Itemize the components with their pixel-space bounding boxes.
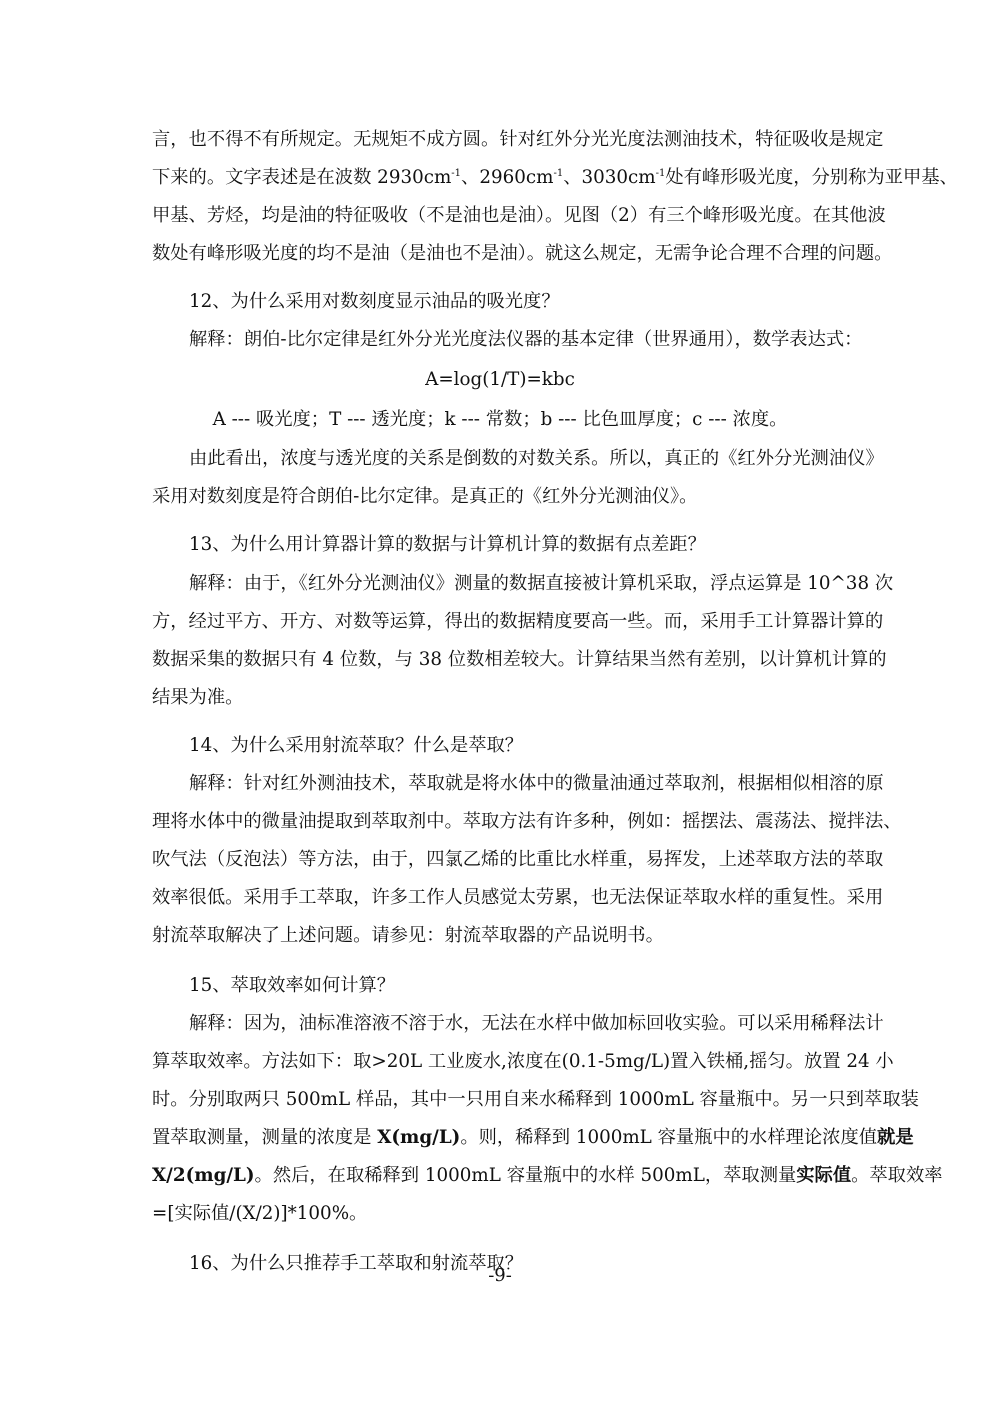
paragraph-line: 下来的。文字表述是在波数 2930cm-1、2960cm-1、3030cm-1处… xyxy=(152,166,848,190)
question-heading-15: 15、萃取效率如何计算？ xyxy=(189,974,395,998)
paragraph-line: 方，经过平方、开方、对数等运算，得出的数据精度要高一些。而，采用手工计算器计算的 xyxy=(152,610,848,634)
paragraph-line: 效率很低。采用手工萃取，许多工作人员感觉太劳累，也无法保证萃取水样的重复性。采用 xyxy=(152,886,848,910)
paragraph-line: 解释：由于，《红外分光测油仪》测量的数据直接被计算机采取，浮点运算是 10^38… xyxy=(189,572,848,596)
paragraph-line: 置萃取测量，测量的浓度是 X(mg/L)。则，稀释到 1000mL 容量瓶中的水… xyxy=(152,1126,848,1150)
paragraph-line: 射流萃取解决了上述问题。请参见：射流萃取器的产品说明书。 xyxy=(152,924,664,948)
question-heading-13: 13、为什么用计算器计算的数据与计算机计算的数据有点差距？ xyxy=(189,533,706,557)
formula-legend: A --- 吸光度；T --- 透光度；k --- 常数；b --- 比色皿厚度… xyxy=(152,408,848,432)
paragraph-line: 解释：因为，油标准溶液不溶于水，无法在水样中做加标回收实验。可以采用稀释法计 xyxy=(189,1012,848,1036)
formula: A=log(1/T)=kbc xyxy=(152,368,848,392)
paragraph-line: 采用对数刻度是符合朗伯-比尔定律。是真正的《红外分光测油仪》。 xyxy=(152,485,697,509)
paragraph-line: 数据采集的数据只有 4 位数，与 38 位数相差较大。计算结果当然有差别，以计算… xyxy=(152,648,848,672)
question-heading-14: 14、为什么采用射流萃取？什么是萃取？ xyxy=(189,734,523,758)
paragraph-line: 吹气法（反泡法）等方法，由于，四氯乙烯的比重比水样重，易挥发，上述萃取方法的萃取 xyxy=(152,848,848,872)
paragraph-line: 时。分别取两只 500mL 样品，其中一只用自来水稀释到 1000mL 容量瓶中… xyxy=(152,1088,848,1112)
question-heading-12: 12、为什么采用对数刻度显示油品的吸光度？ xyxy=(189,290,560,314)
paragraph-line: 言，也不得不有所规定。无规矩不成方圆。针对红外分光光度法测油技术，特征吸收是规定 xyxy=(152,128,848,152)
paragraph-line: X/2(mg/L)。然后，在取稀释到 1000mL 容量瓶中的水样 500mL，… xyxy=(152,1164,848,1188)
paragraph-line: 甲基、芳烃，均是油的特征吸收（不是油也是油）。见图（2）有三个峰形吸光度。在其他… xyxy=(152,204,848,228)
paragraph-line: 理将水体中的微量油提取到萃取剂中。萃取方法有许多种，例如：摇摆法、震荡法、搅拌法… xyxy=(152,810,848,834)
paragraph-line: 结果为准。 xyxy=(152,686,243,710)
paragraph-line: 数处有峰形吸光度的均不是油（是油也不是油）。就这么规定，无需争论合理不合理的问题… xyxy=(152,242,848,266)
paragraph-line: 解释：朗伯-比尔定律是红外分光光度法仪器的基本定律（世界通用），数学表达式： xyxy=(189,328,862,352)
page-number: -9- xyxy=(0,1265,1000,1286)
paragraph-line: 解释：针对红外测油技术，萃取就是将水体中的微量油通过萃取剂，根据相似相溶的原 xyxy=(189,772,848,796)
paragraph-line: 由此看出，浓度与透光度的关系是倒数的对数关系。所以，真正的《红外分光测油仪》 xyxy=(189,447,848,471)
paragraph-line: 算萃取效率。方法如下：取>20L 工业废水,浓度在(0.1-5mg/L)置入铁桶… xyxy=(152,1050,848,1074)
paragraph-line: =[实际值/(X/2)]*100%。 xyxy=(152,1202,367,1226)
